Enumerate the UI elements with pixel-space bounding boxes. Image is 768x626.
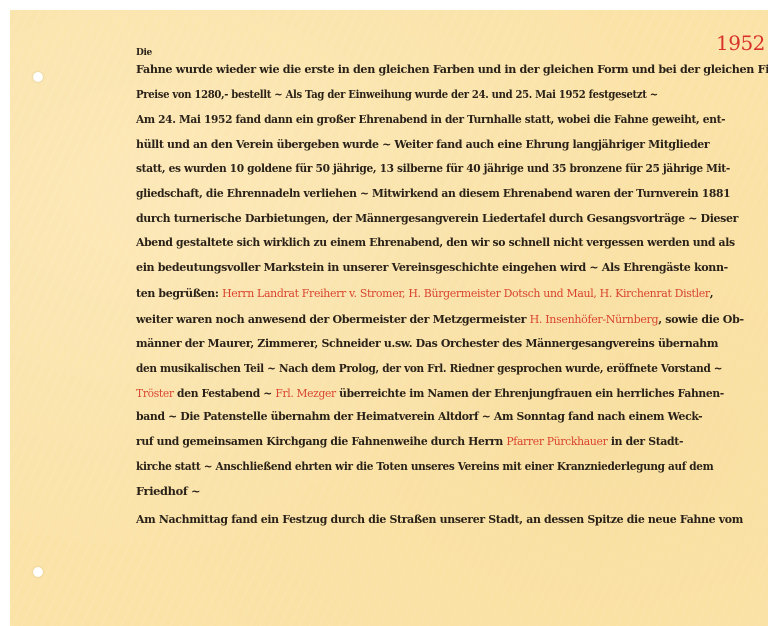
line-text: überreichte im Namen der Ehrenjungfrauen… (336, 386, 724, 400)
person-name: Frl. Mezger (275, 386, 335, 400)
text-line: Am Nachmittag fand ein Festzug durch die… (136, 512, 743, 526)
text-line: Preise von 1280,- bestellt ~ Als Tag der… (136, 87, 658, 101)
text-line-with-names: ruf und gemeinsamen Kirchgang die Fahnen… (136, 434, 683, 448)
text-line-with-names: Tröster den Festabend ~ Frl. Mezger über… (136, 386, 724, 400)
text-line: kirche statt ~ Anschließend ehrten wir d… (136, 459, 713, 473)
text-line-with-names: ten begrüßen: Herrn Landrat Freiherr v. … (136, 286, 713, 300)
line-text: weiter waren noch anwesend der Obermeist… (136, 312, 530, 326)
text-line: statt, es wurden 10 goldene für 50 jähri… (136, 161, 730, 175)
text-line: den musikalischen Teil ~ Nach dem Prolog… (136, 361, 722, 375)
line-text: in der Stadt- (607, 434, 683, 448)
text-line: durch turnerische Darbietungen, der Männ… (136, 211, 738, 225)
line-text: ten begrüßen: (136, 286, 222, 300)
person-name: Pfarrer Pürckhauer (506, 434, 607, 448)
line-text: , (710, 286, 713, 300)
punch-hole (33, 567, 43, 577)
guest-names: Herrn Landrat Freiherr v. Stromer, H. Bü… (222, 286, 710, 300)
guest-name: H. Insenhöfer-Nürnberg (530, 312, 659, 326)
text-line: band ~ Die Patenstelle übernahm der Heim… (136, 409, 702, 423)
line-text: den Festabend ~ (174, 386, 276, 400)
line-text: ruf und gemeinsamen Kirchgang die Fahnen… (136, 434, 506, 448)
text-line: Abend gestaltete sich wirklich zu einem … (136, 235, 735, 249)
text-line: Fahne wurde wieder wie die erste in den … (136, 62, 768, 76)
text-line: Friedhof ~ (136, 484, 200, 498)
line-text: , sowie die Ob- (658, 312, 744, 326)
text-line: männer der Maurer, Zimmerer, Schneider u… (136, 336, 718, 350)
text-line: Die (136, 48, 152, 58)
text-line-with-names: weiter waren noch anwesend der Obermeist… (136, 312, 744, 326)
text-line: hüllt und an den Verein übergeben wurde … (136, 137, 709, 151)
person-name: Tröster (136, 386, 174, 400)
text-line: Am 24. Mai 1952 fand dann ein großer Ehr… (136, 112, 725, 126)
text-line: gliedschaft, die Ehrennadeln verliehen ~… (136, 186, 730, 200)
punch-hole (33, 72, 43, 82)
year-heading: 1952 (716, 31, 765, 55)
text-line: ein bedeutungsvoller Markstein in unsere… (136, 260, 728, 274)
